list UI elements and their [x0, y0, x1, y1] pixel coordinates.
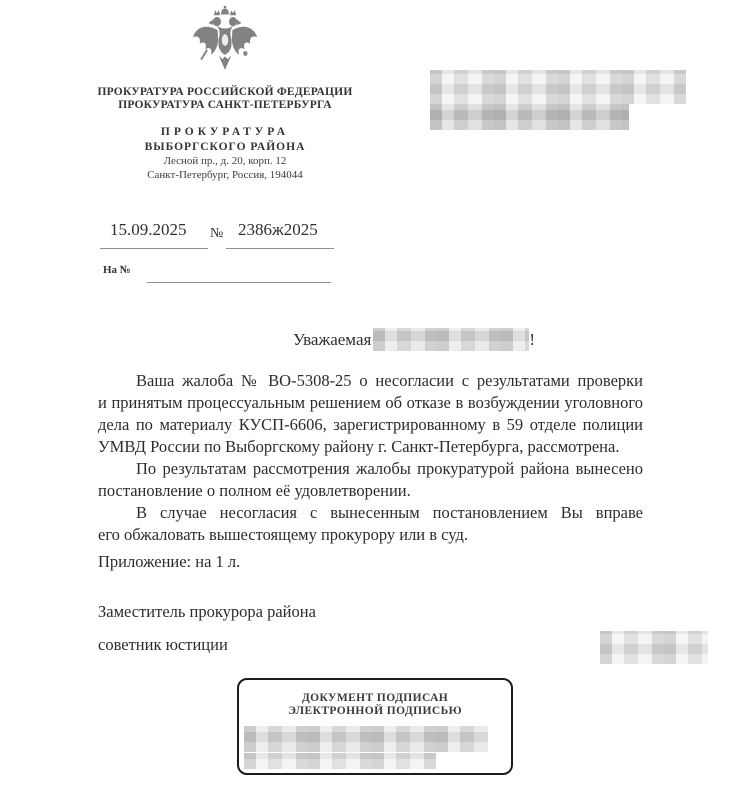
- office-name-line2: ВЫБОРГСКОГО РАЙОНА: [85, 140, 365, 155]
- redacted-recipient-line1: [430, 70, 686, 104]
- body-line: В случае несогласия с вынесенным постано…: [98, 502, 643, 524]
- date-underline: [100, 248, 208, 249]
- office-address-line1: Лесной пр., д. 20, корп. 12: [85, 155, 365, 169]
- numero-sign: №: [210, 226, 223, 242]
- org-name-line1: ПРОКУРАТУРА РОССИЙСКОЙ ФЕДЕРАЦИИ: [85, 86, 365, 99]
- salutation-suffix: !: [529, 330, 535, 350]
- body-line: и принятым процессуальным решением об от…: [98, 392, 643, 414]
- stamp-title: ДОКУМЕНТ ПОДПИСАН ЭЛЕКТРОННОЙ ПОДПИСЬЮ: [239, 692, 511, 718]
- redacted-recipient-line2: [430, 104, 629, 130]
- redacted-signer-name: [600, 631, 708, 664]
- office-address-line2: Санкт-Петербург, Россия, 194044: [85, 169, 365, 183]
- letter-page: ПРОКУРАТУРА РОССИЙСКОЙ ФЕДЕРАЦИИ ПРОКУРА…: [0, 0, 739, 800]
- salutation-line: Уважаемая !: [293, 328, 535, 351]
- signer-rank-line: советник юстиции: [98, 635, 228, 655]
- electronic-signature-stamp: ДОКУМЕНТ ПОДПИСАН ЭЛЕКТРОННОЙ ПОДПИСЬЮ: [237, 678, 513, 775]
- salutation-prefix: Уважаемая: [293, 330, 371, 350]
- letter-body: Ваша жалоба № ВО-5308-25 о несогласии с …: [98, 370, 643, 546]
- letterhead: ПРОКУРАТУРА РОССИЙСКОЙ ФЕДЕРАЦИИ ПРОКУРА…: [85, 6, 365, 182]
- russia-coat-of-arms-icon: [188, 6, 262, 84]
- redacted-recipient-name: [373, 328, 529, 351]
- stamp-title-line2: ЭЛЕКТРОННОЙ ПОДПИСЬЮ: [239, 705, 511, 718]
- body-line: его обжаловать вышестоящему прокурору ил…: [98, 524, 643, 546]
- attachment-note: Приложение: на 1 л.: [98, 552, 240, 572]
- body-line: Ваша жалоба № ВО-5308-25 о несогласии с …: [98, 370, 643, 392]
- letter-number: 2386ж2025: [238, 220, 318, 240]
- stamp-title-line1: ДОКУМЕНТ ПОДПИСАН: [239, 692, 511, 705]
- redacted-certificate-info-line1: [244, 726, 488, 752]
- body-line: УМВД России по Выборгскому району г. Сан…: [98, 436, 643, 458]
- body-line: постановление о полном её удовлетворении…: [98, 480, 643, 502]
- redacted-certificate-info-line2: [244, 753, 436, 769]
- reply-to-label: На №: [103, 264, 131, 276]
- letter-date: 15.09.2025: [110, 220, 187, 240]
- reply-to-underline: [147, 282, 331, 283]
- org-name-line2: ПРОКУРАТУРА САНКТ-ПЕТЕРБУРГА: [85, 99, 365, 112]
- signer-position-line1: Заместитель прокурора района: [98, 602, 316, 622]
- office-name-line1: ПРОКУРАТУРА: [85, 125, 365, 140]
- body-line: По результатам рассмотрения жалобы проку…: [98, 458, 643, 480]
- body-line: дела по материалу КУСП-6606, зарегистрир…: [98, 414, 643, 436]
- number-underline: [226, 248, 334, 249]
